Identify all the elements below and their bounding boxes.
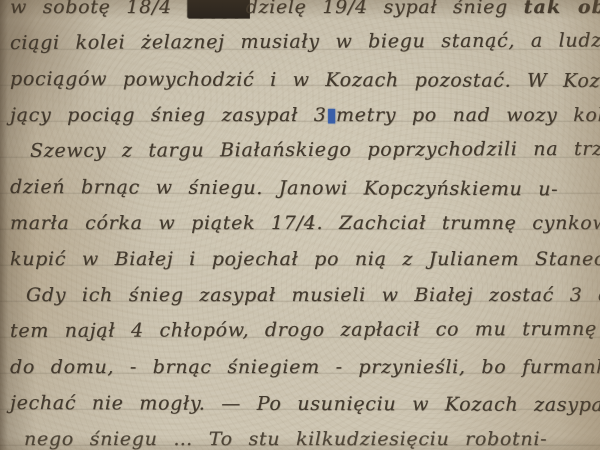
handwritten-line-9: Gdy ich śnieg zasypał musieli w Białej z… xyxy=(10,277,596,313)
manuscript-page: w sobotę 18/4 █████dzielę 19/4 sypał śni… xyxy=(0,0,600,450)
line-text: Gdy ich śnieg zasypał musieli w Białej z… xyxy=(26,284,600,306)
handwritten-line-10: tem najął 4 chłopów, drogo zapłacił co m… xyxy=(10,311,596,349)
inked-out-word: █████ xyxy=(188,0,246,18)
emphasized-words: tak obficie xyxy=(524,0,600,18)
line-text: dzień brnąc w śniegu. Janowi Kopczyńskie… xyxy=(10,176,558,200)
handwritten-line-3: pociągów powychodzić i w Kozach pozostać… xyxy=(10,61,596,99)
handwritten-line-2: ciągi kolei żelaznej musiały w biegu sta… xyxy=(10,22,596,61)
handwritten-line-7: marła córka w piątek 17/4. Zachciał trum… xyxy=(10,205,596,241)
line-text: nego śniegu … To stu kilkudziesięciu rob… xyxy=(24,428,547,450)
handwritten-line-12: jechać nie mogły. — Po usunięciu w Kozac… xyxy=(10,385,596,423)
handwritten-line-11: do domu, - brnąc śniegiem - przynieśli, … xyxy=(10,349,596,385)
handwritten-line-13: nego śniegu … To stu kilkudziesięciu rob… xyxy=(10,421,596,450)
line-text: marła córka w piątek 17/4. Zachciał trum… xyxy=(10,212,600,234)
handwritten-line-6: dzień brnąc w śniegu. Janowi Kopczyńskie… xyxy=(10,169,596,208)
line-text: jący pociąg śnieg zasypał 3 xyxy=(10,104,327,126)
line-text: metry po nad wozy kolejowe. xyxy=(336,104,600,126)
line-text: tem najął 4 chłopów, drogo zapłacił co m… xyxy=(10,318,597,342)
handwritten-line-5: Szewcy z targu Białańskiego poprzychodzi… xyxy=(10,131,596,169)
handwriting-block: w sobotę 18/4 █████dzielę 19/4 sypał śni… xyxy=(0,0,600,450)
line-text: pociągów powychodzić i w Kozach pozostać… xyxy=(10,68,600,92)
line-text: Szewcy z targu Białańskiego poprzychodzi… xyxy=(30,138,600,162)
handwritten-line-4: jący pociąg śnieg zasypał 3▮metry po nad… xyxy=(10,97,596,133)
line-text: kupić w Białej i pojechał po nią z Julia… xyxy=(10,248,600,270)
line-text: ciągi kolei żelaznej musiały w biegu sta… xyxy=(10,29,600,54)
line-text: dzielę 19/4 sypał śnieg xyxy=(246,0,524,18)
line-text: do domu, - brnąc śniegiem - przynieśli, … xyxy=(10,356,600,378)
blue-ink-blot: ▮ xyxy=(327,104,336,126)
handwritten-line-8: kupić w Białej i pojechał po nią z Julia… xyxy=(10,241,596,277)
handwritten-line-1: w sobotę 18/4 █████dzielę 19/4 sypał śni… xyxy=(10,0,596,25)
line-text: jechać nie mogły. — Po usunięciu w Kozac… xyxy=(10,392,600,416)
line-text: w sobotę 18/4 xyxy=(10,0,188,18)
